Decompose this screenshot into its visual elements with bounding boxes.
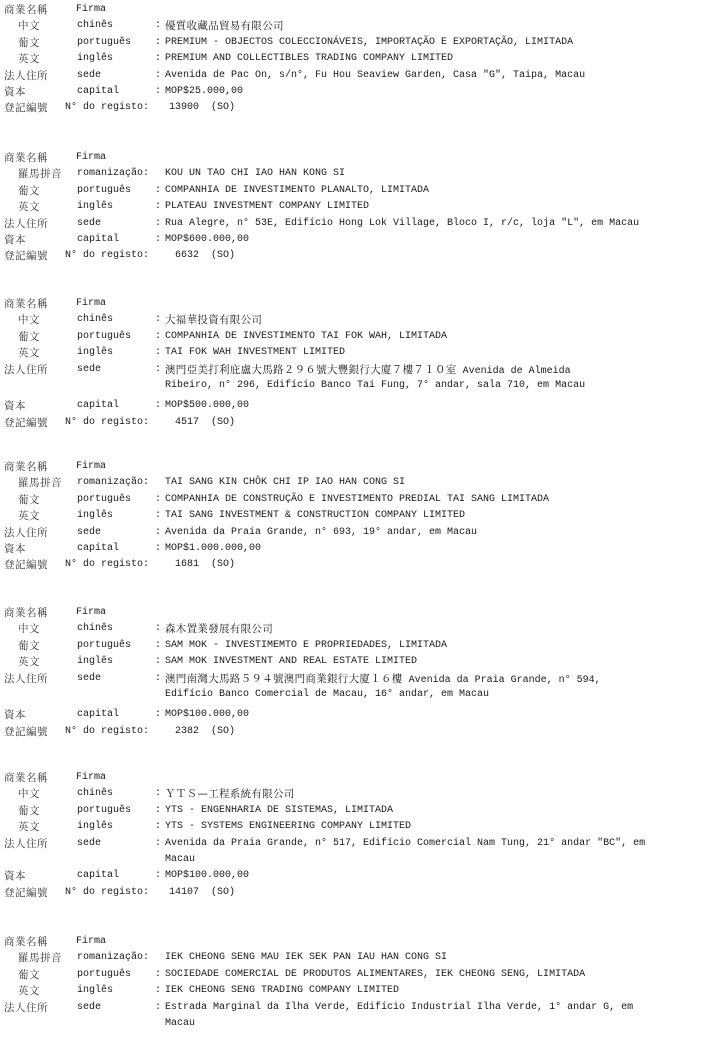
registo-row: 登記編號 N° do registo: 6632 (SO) <box>4 248 719 264</box>
ingles-row: 英文 inglês : TAI SANG INVESTMENT & CONSTR… <box>4 508 719 524</box>
portuguese-name: SOCIEDADE COMERCIAL DE PRODUTOS ALIMENTA… <box>165 967 585 983</box>
portugues-row: 葡文 português : SOCIEDADE COMERCIAL DE PR… <box>4 967 719 983</box>
label-pt: Firma <box>76 934 106 950</box>
label-pt: português <box>77 183 131 199</box>
sede-row: 法人住所 sede : Avenida da Praia Grande, n° … <box>4 836 719 852</box>
label-zh: 英文 <box>18 345 40 361</box>
colon: : <box>155 492 161 508</box>
label-zh: 羅馬拼音 <box>18 166 62 182</box>
registration-number: 13900 (SO) <box>169 100 235 116</box>
label-pt: capital <box>77 398 119 414</box>
chines-row: 中文 chinês : 優質收藏品貿易有限公司 <box>4 18 719 34</box>
label-zh: 葡文 <box>18 35 40 51</box>
label-zh: 登記編號 <box>4 724 48 740</box>
company-entry: 商業名稱 Firma 中文 chinês : 優質收藏品貿易有限公司 葡文 po… <box>4 2 719 117</box>
label-pt: inglês <box>77 983 113 999</box>
label-zh: 登記編號 <box>4 557 48 573</box>
capital-row: 資本 capital : MOP$500.000,00 <box>4 398 719 414</box>
colon: : <box>155 654 161 670</box>
label-zh: 資本 <box>4 541 26 557</box>
colon: : <box>155 312 161 328</box>
label-zh: 登記編號 <box>4 248 48 264</box>
colon: : <box>155 362 161 378</box>
label-pt: português <box>77 35 131 51</box>
label-zh: 商業名稱 <box>4 296 48 312</box>
address-continued: Macau <box>165 1016 195 1032</box>
label-pt: Firma <box>76 2 106 18</box>
ingles-row: 英文 inglês : SAM MOK INVESTMENT AND REAL … <box>4 654 719 670</box>
portuguese-name: COMPANHIA DE INVESTIMENTO PLANALTO, LIMI… <box>165 183 429 199</box>
label-zh: 葡文 <box>18 638 40 654</box>
registo-row: 登記編號 N° do registo: 13900 (SO) <box>4 100 719 116</box>
label-pt: N° do registo: <box>65 724 149 740</box>
label-pt: Firma <box>76 459 106 475</box>
label-zh: 商業名稱 <box>4 459 48 475</box>
label-pt: N° do registo: <box>65 415 149 431</box>
colon: : <box>155 329 161 345</box>
label-pt: capital <box>77 707 119 723</box>
colon: : <box>155 983 161 999</box>
registration-number: 2382 (SO) <box>169 724 235 740</box>
english-name: YTS - SYSTEMS ENGINEERING COMPANY LIMITE… <box>165 819 411 835</box>
label-zh: 法人住所 <box>4 671 48 687</box>
label-zh: 中文 <box>18 621 40 637</box>
sede-continuation-row: Macau <box>4 1016 719 1032</box>
label-pt: chinês <box>77 18 113 34</box>
colon: : <box>155 671 161 687</box>
registo-row: 登記編號 N° do registo: 14107 (SO) <box>4 885 719 901</box>
colon: : <box>155 216 161 232</box>
romanizacao-row: 羅馬拼音 romanização: IEK CHEONG SENG MAU IE… <box>4 950 719 966</box>
label-pt: Firma <box>76 605 106 621</box>
colon: : <box>155 1000 161 1016</box>
company-entry: 商業名稱 Firma 中文 chinês : 森木置業發展有限公司 葡文 por… <box>4 605 719 740</box>
label-pt: romanização: <box>77 475 149 491</box>
address-continued: Edifício Banco Comercial de Macau, 16° a… <box>165 687 489 703</box>
label-pt: N° do registo: <box>65 100 149 116</box>
label-pt: sede <box>77 362 101 378</box>
registration-number: 14107 (SO) <box>169 885 235 901</box>
label-pt: chinês <box>77 621 113 637</box>
label-pt: português <box>77 329 131 345</box>
portugues-row: 葡文 português : PREMIUM - OBJECTOS COLECC… <box>4 35 719 51</box>
label-zh: 登記編號 <box>4 415 48 431</box>
colon: : <box>155 803 161 819</box>
label-pt: capital <box>77 868 119 884</box>
ingles-row: 英文 inglês : YTS - SYSTEMS ENGINEERING CO… <box>4 819 719 835</box>
romanizacao-row: 羅馬拼音 romanização: TAI SANG KIN CHÔK CHI … <box>4 475 719 491</box>
sede-row: 法人住所 sede : Avenida de Pac On, s/n°, Fu … <box>4 68 719 84</box>
sede-row: 法人住所 sede : 澳門亞美打利庇盧大馬路２９６號大豐銀行大廈７樓７１０室 … <box>4 362 719 378</box>
address: Avenida da Praia Grande, n° 517, Edifíci… <box>165 836 645 852</box>
sede-row: 法人住所 sede : 澳門南灣大馬路５９４號澳門商業銀行大廈１６樓 Aveni… <box>4 671 719 687</box>
label-zh: 英文 <box>18 983 40 999</box>
label-pt: Firma <box>76 150 106 166</box>
label-zh: 商業名稱 <box>4 770 48 786</box>
label-zh: 英文 <box>18 508 40 524</box>
sede-continuation-row: Macau <box>4 852 719 868</box>
capital-value: MOP$100.000,00 <box>165 868 249 884</box>
colon: : <box>155 707 161 723</box>
label-zh: 商業名稱 <box>4 934 48 950</box>
label-pt: inglês <box>77 51 113 67</box>
english-name: PLATEAU INVESTMENT COMPANY LIMITED <box>165 199 369 215</box>
colon: : <box>155 819 161 835</box>
colon: : <box>155 232 161 248</box>
label-pt: romanização: <box>77 166 149 182</box>
label-zh: 登記編號 <box>4 885 48 901</box>
label-zh: 商業名稱 <box>4 605 48 621</box>
address: Estrada Marginal da Ilha Verde, Edifício… <box>165 1000 633 1016</box>
label-pt: sede <box>77 1000 101 1016</box>
sede-row: 法人住所 sede : Estrada Marginal da Ilha Ver… <box>4 1000 719 1016</box>
label-pt: sede <box>77 216 101 232</box>
sede-row: 法人住所 sede : Rua Alegre, n° 53E, Edifício… <box>4 216 719 232</box>
label-pt: português <box>77 492 131 508</box>
colon: : <box>155 183 161 199</box>
label-zh: 法人住所 <box>4 216 48 232</box>
portugues-row: 葡文 português : COMPANHIA DE INVESTIMENTO… <box>4 183 719 199</box>
label-zh: 資本 <box>4 868 26 884</box>
chines-row: 中文 chinês : ＹＴＳ—工程系統有限公司 <box>4 786 719 802</box>
colon: : <box>155 836 161 852</box>
label-pt: capital <box>77 84 119 100</box>
address-continued: Macau <box>165 852 195 868</box>
romanized-name: TAI SANG KIN CHÔK CHI IP IAO HAN CONG SI <box>165 475 405 491</box>
label-pt: Firma <box>76 770 106 786</box>
label-zh: 法人住所 <box>4 68 48 84</box>
company-entry: 商業名稱 Firma 中文 chinês : 大福華投資有限公司 葡文 port… <box>4 296 719 431</box>
firma-row: 商業名稱 Firma <box>4 934 719 950</box>
capital-value: MOP$1.000.000,00 <box>165 541 261 557</box>
label-zh: 資本 <box>4 398 26 414</box>
ingles-row: 英文 inglês : IEK CHEONG SENG TRADING COMP… <box>4 983 719 999</box>
registo-row: 登記編號 N° do registo: 1681 (SO) <box>4 557 719 573</box>
colon: : <box>155 868 161 884</box>
label-pt: capital <box>77 232 119 248</box>
colon: : <box>155 35 161 51</box>
portugues-row: 葡文 português : SAM MOK - INVESTIMEMTO E … <box>4 638 719 654</box>
colon: : <box>155 638 161 654</box>
firma-row: 商業名稱 Firma <box>4 605 719 621</box>
colon: : <box>155 68 161 84</box>
portuguese-name: PREMIUM - OBJECTOS COLECCIONÁVEIS, IMPOR… <box>165 35 573 51</box>
portugues-row: 葡文 português : COMPANHIA DE INVESTIMENTO… <box>4 329 719 345</box>
english-name: TAI FOK WAH INVESTMENT LIMITED <box>165 345 345 361</box>
colon: : <box>155 84 161 100</box>
address: Avenida de Pac On, s/n°, Fu Hou Seaview … <box>165 68 585 84</box>
label-pt: N° do registo: <box>65 885 149 901</box>
label-pt: inglês <box>77 199 113 215</box>
label-zh: 葡文 <box>18 183 40 199</box>
label-pt: português <box>77 803 131 819</box>
label-pt: português <box>77 638 131 654</box>
label-pt: sede <box>77 68 101 84</box>
romanizacao-row: 羅馬拼音 romanização: KOU UN TAO CHI IAO HAN… <box>4 166 719 182</box>
label-zh: 英文 <box>18 51 40 67</box>
capital-row: 資本 capital : MOP$1.000.000,00 <box>4 541 719 557</box>
colon: : <box>155 786 161 802</box>
label-pt: sede <box>77 671 101 687</box>
label-zh: 英文 <box>18 654 40 670</box>
english-name: IEK CHEONG SENG TRADING COMPANY LIMITED <box>165 983 399 999</box>
registration-number: 1681 (SO) <box>169 557 235 573</box>
label-pt: inglês <box>77 345 113 361</box>
romanized-name: IEK CHEONG SENG MAU IEK SEK PAN IAU HAN … <box>165 950 447 966</box>
company-entry: 商業名稱 Firma 羅馬拼音 romanização: KOU UN TAO … <box>4 150 719 265</box>
label-pt: sede <box>77 836 101 852</box>
label-zh: 商業名稱 <box>4 150 48 166</box>
label-zh: 登記編號 <box>4 100 48 116</box>
label-pt: N° do registo: <box>65 557 149 573</box>
label-zh: 羅馬拼音 <box>18 950 62 966</box>
colon: : <box>155 621 161 637</box>
portuguese-name: YTS - ENGENHARIA DE SISTEMAS, LIMITADA <box>165 803 393 819</box>
label-zh: 資本 <box>4 232 26 248</box>
company-entry: 商業名稱 Firma 羅馬拼音 romanização: TAI SANG KI… <box>4 459 719 574</box>
label-zh: 英文 <box>18 199 40 215</box>
colon: : <box>155 541 161 557</box>
label-zh: 羅馬拼音 <box>18 475 62 491</box>
english-name: PREMIUM AND COLLECTIBLES TRADING COMPANY… <box>165 51 453 67</box>
label-pt: português <box>77 967 131 983</box>
colon: : <box>155 345 161 361</box>
capital-row: 資本 capital : MOP$25.000,00 <box>4 84 719 100</box>
label-zh: 葡文 <box>18 492 40 508</box>
label-pt: chinês <box>77 312 113 328</box>
label-zh: 法人住所 <box>4 836 48 852</box>
label-zh: 資本 <box>4 707 26 723</box>
firma-row: 商業名稱 Firma <box>4 459 719 475</box>
ingles-row: 英文 inglês : TAI FOK WAH INVESTMENT LIMIT… <box>4 345 719 361</box>
capital-value: MOP$100.000,00 <box>165 707 249 723</box>
colon: : <box>155 398 161 414</box>
firma-row: 商業名稱 Firma <box>4 2 719 18</box>
capital-value: MOP$500.000,00 <box>165 398 249 414</box>
capital-value: MOP$25.000,00 <box>165 84 243 100</box>
capital-row: 資本 capital : MOP$100.000,00 <box>4 707 719 723</box>
label-zh: 法人住所 <box>4 362 48 378</box>
english-name: SAM MOK INVESTMENT AND REAL ESTATE LIMIT… <box>165 654 417 670</box>
label-pt: inglês <box>77 819 113 835</box>
registration-number: 4517 (SO) <box>169 415 235 431</box>
label-zh: 英文 <box>18 819 40 835</box>
registration-number: 6632 (SO) <box>169 248 235 264</box>
romanized-name: KOU UN TAO CHI IAO HAN KONG SI <box>165 166 345 182</box>
label-pt: Firma <box>76 296 106 312</box>
label-zh: 法人住所 <box>4 1000 48 1016</box>
capital-row: 資本 capital : MOP$600.000,00 <box>4 232 719 248</box>
label-zh: 葡文 <box>18 329 40 345</box>
colon: : <box>155 525 161 541</box>
chines-row: 中文 chinês : 森木置業發展有限公司 <box>4 621 719 637</box>
colon: : <box>155 508 161 524</box>
label-zh: 中文 <box>18 786 40 802</box>
colon: : <box>155 18 161 34</box>
label-zh: 中文 <box>18 312 40 328</box>
registo-row: 登記編號 N° do registo: 4517 (SO) <box>4 415 719 431</box>
label-pt: sede <box>77 525 101 541</box>
capital-value: MOP$600.000,00 <box>165 232 249 248</box>
label-zh: 葡文 <box>18 967 40 983</box>
portuguese-name: COMPANHIA DE CONSTRUÇÃO E INVESTIMENTO P… <box>165 492 549 508</box>
colon: : <box>155 967 161 983</box>
address-continued: Ribeiro, n° 296, Edifício Banco Tai Fung… <box>165 378 585 394</box>
label-zh: 商業名稱 <box>4 2 48 18</box>
ingles-row: 英文 inglês : PLATEAU INVESTMENT COMPANY L… <box>4 199 719 215</box>
sede-continuation-row: Edifício Banco Comercial de Macau, 16° a… <box>4 687 719 703</box>
firma-row: 商業名稱 Firma <box>4 296 719 312</box>
label-zh: 葡文 <box>18 803 40 819</box>
english-name: TAI SANG INVESTMENT & CONSTRUCTION COMPA… <box>165 508 465 524</box>
sede-continuation-row: Ribeiro, n° 296, Edifício Banco Tai Fung… <box>4 378 719 394</box>
firma-row: 商業名稱 Firma <box>4 150 719 166</box>
portuguese-name: COMPANHIA DE INVESTIMENTO TAI FOK WAH, L… <box>165 329 447 345</box>
colon: : <box>155 51 161 67</box>
label-pt: capital <box>77 541 119 557</box>
registo-row: 登記編號 N° do registo: 2382 (SO) <box>4 724 719 740</box>
sede-row: 法人住所 sede : Avenida da Praia Grande, n° … <box>4 525 719 541</box>
label-zh: 法人住所 <box>4 525 48 541</box>
ingles-row: 英文 inglês : PREMIUM AND COLLECTIBLES TRA… <box>4 51 719 67</box>
company-entry: 商業名稱 Firma 中文 chinês : ＹＴＳ—工程系統有限公司 葡文 p… <box>4 770 719 901</box>
label-pt: inglês <box>77 654 113 670</box>
address: Avenida da Praia Grande, n° 693, 19° and… <box>165 525 477 541</box>
label-zh: 中文 <box>18 18 40 34</box>
portuguese-name: SAM MOK - INVESTIMEMTO E PROPRIEDADES, L… <box>165 638 447 654</box>
label-pt: romanização: <box>77 950 149 966</box>
colon: : <box>155 199 161 215</box>
address: Rua Alegre, n° 53E, Edifício Hong Lok Vi… <box>165 216 639 232</box>
chines-row: 中文 chinês : 大福華投資有限公司 <box>4 312 719 328</box>
label-zh: 資本 <box>4 84 26 100</box>
label-pt: chinês <box>77 786 113 802</box>
company-entry: 商業名稱 Firma 羅馬拼音 romanização: IEK CHEONG … <box>4 934 719 1032</box>
label-pt: N° do registo: <box>65 248 149 264</box>
capital-row: 資本 capital : MOP$100.000,00 <box>4 868 719 884</box>
firma-row: 商業名稱 Firma <box>4 770 719 786</box>
portugues-row: 葡文 português : COMPANHIA DE CONSTRUÇÃO E… <box>4 492 719 508</box>
label-pt: inglês <box>77 508 113 524</box>
portugues-row: 葡文 português : YTS - ENGENHARIA DE SISTE… <box>4 803 719 819</box>
